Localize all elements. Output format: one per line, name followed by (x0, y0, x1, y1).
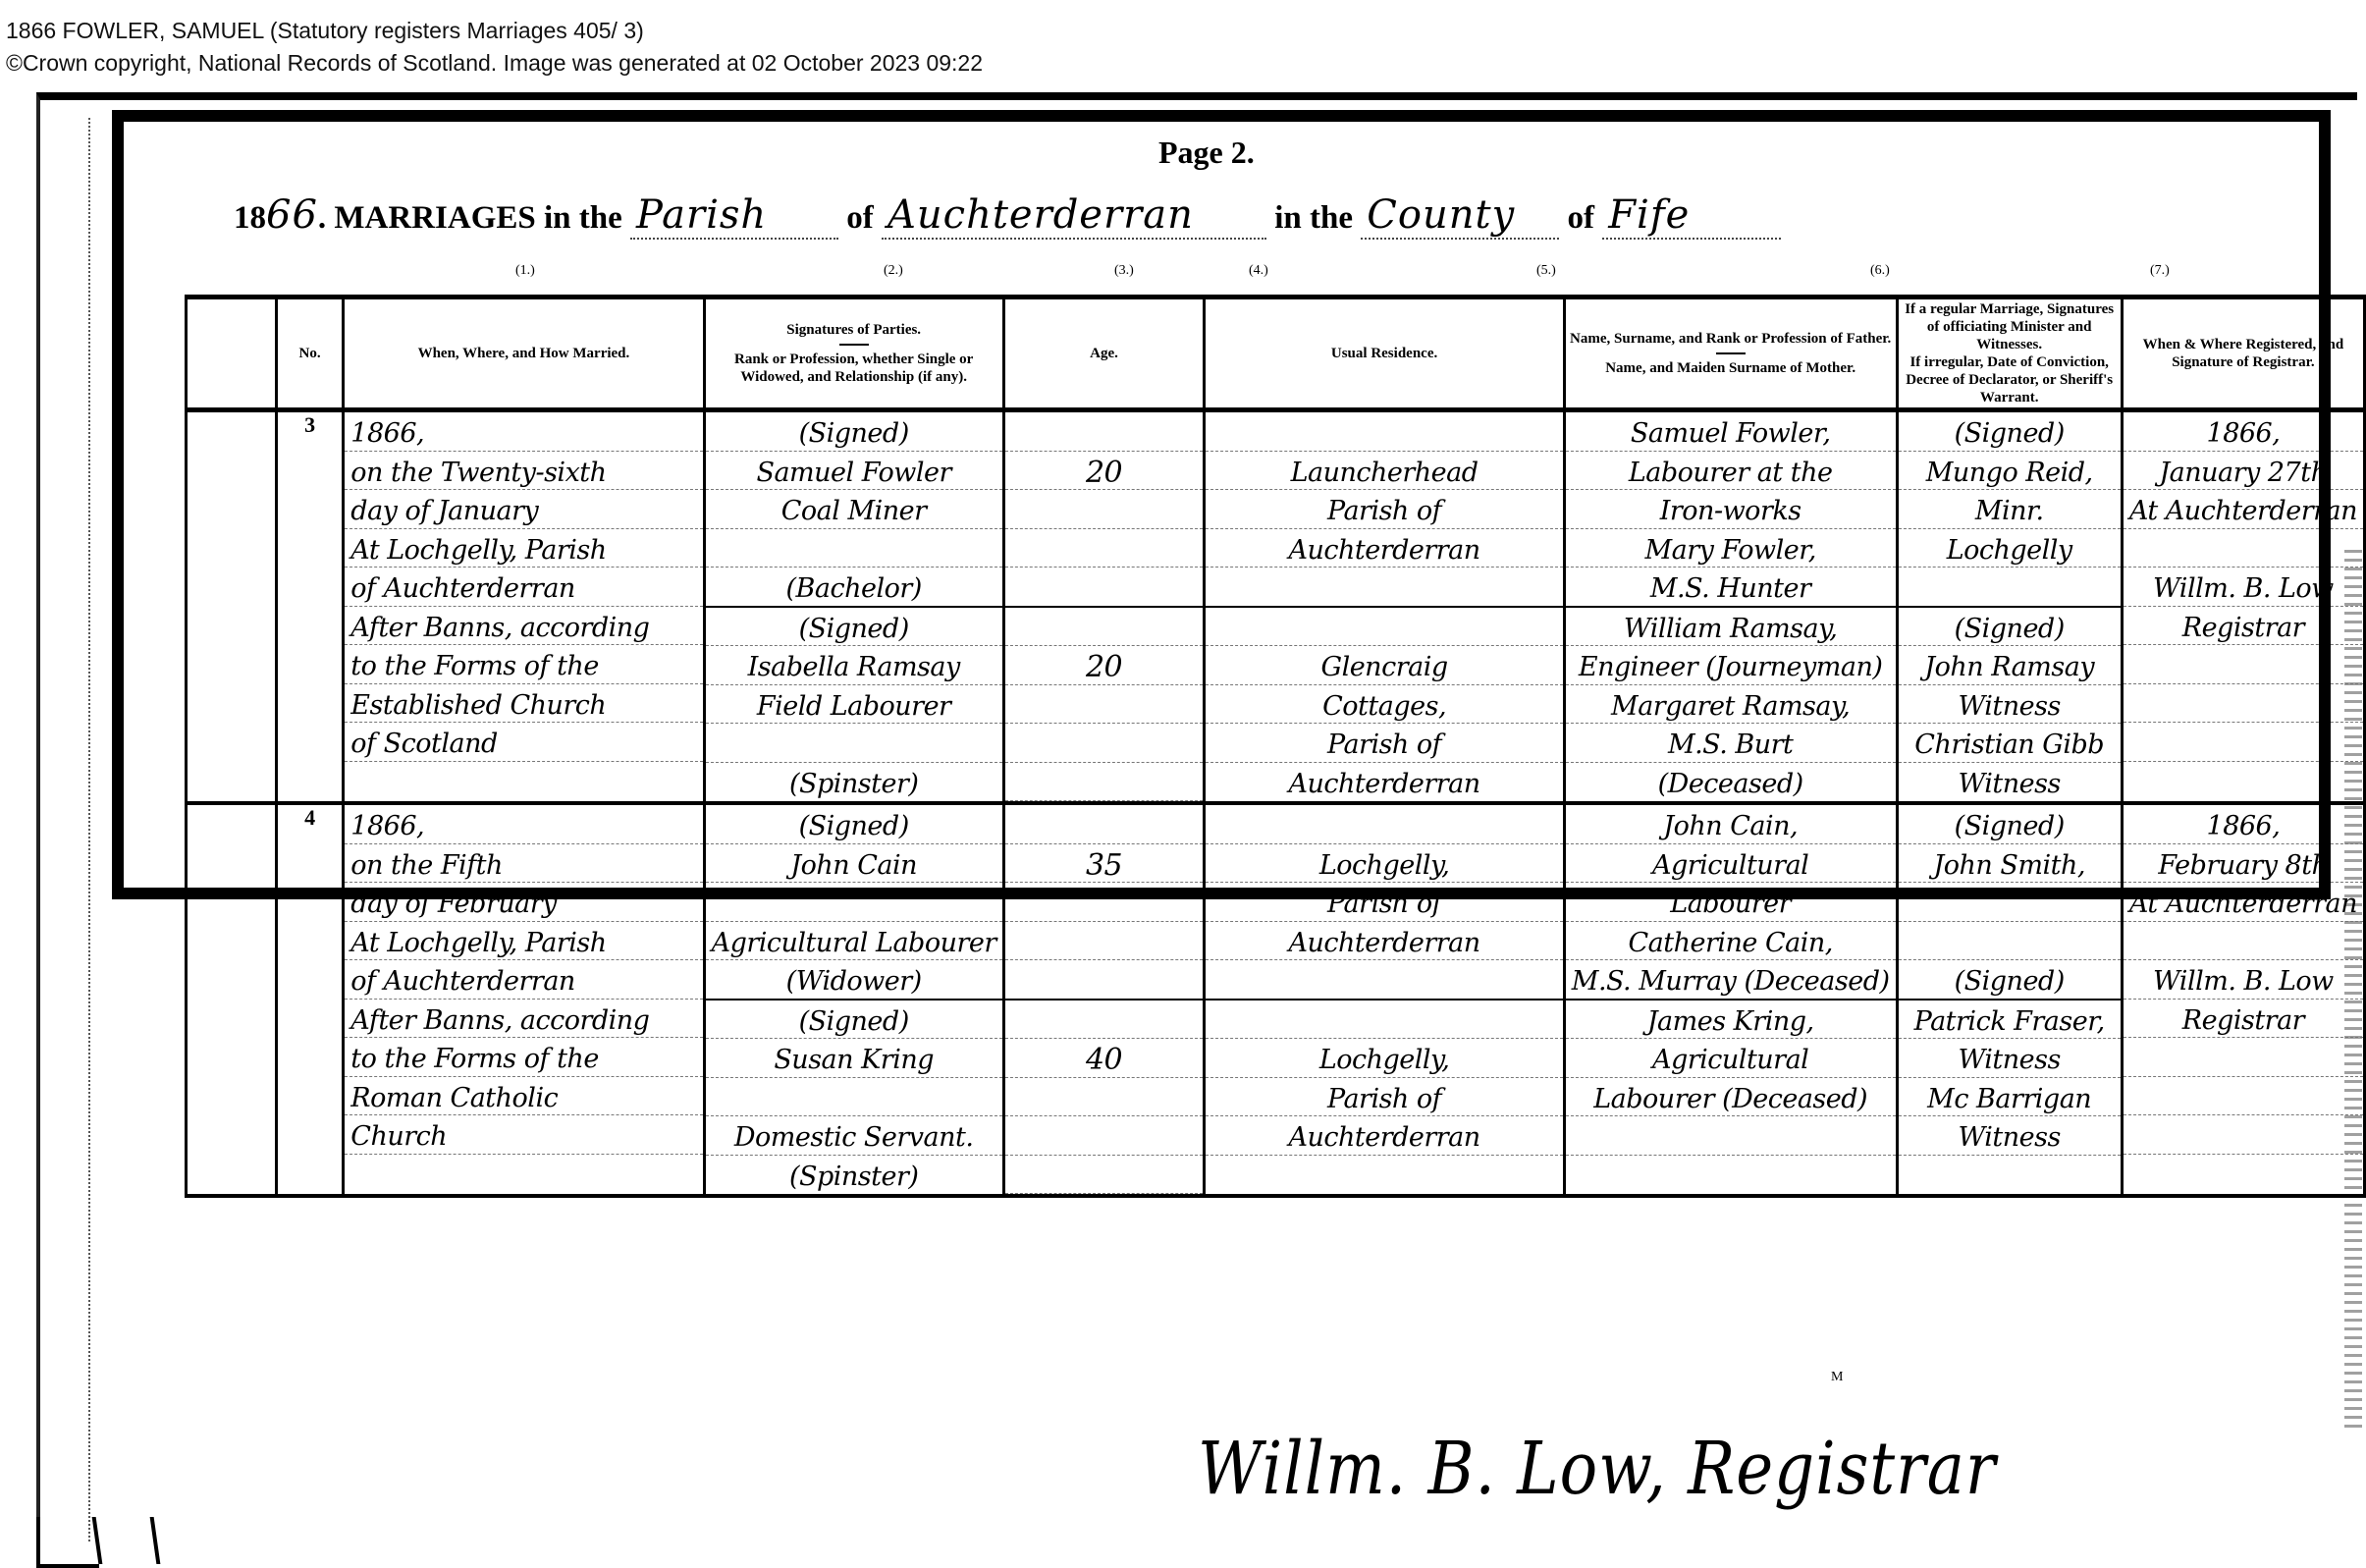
registered-line: February 8th (2124, 844, 2363, 884)
registered-line (2124, 1077, 2363, 1116)
parents-cell: John Cain,AgriculturalLabourerCatherine … (1564, 803, 1897, 1196)
when-where-how-line: of Auchterderran (345, 960, 702, 1000)
blank-line (1005, 1116, 1204, 1156)
margin-mark: M (1831, 1370, 1843, 1385)
parties-line: (Spinster) (706, 763, 1002, 801)
registered-line (2124, 762, 2363, 800)
copyright-notice: ©Crown copyright, National Records of Sc… (6, 49, 983, 77)
parents-line: Mary Fowler, (1566, 529, 1896, 568)
residence-line (1206, 412, 1562, 452)
minister-witnesses-cell: (Signed)Mungo Reid,Minr.Lochgelly(Signed… (1897, 410, 2122, 804)
age-cell: 2020 (1003, 410, 1205, 804)
when-where-how-line: day of January (345, 490, 702, 529)
registered-cell: 1866,February 8thAt AuchterderranWillm. … (2122, 803, 2364, 1196)
blank-cell (187, 803, 277, 1196)
residence-line: Lochgelly, (1206, 844, 1562, 884)
header-no: No. (276, 297, 343, 410)
bride-age: 20 (1005, 646, 1204, 685)
blank-line (1005, 490, 1204, 529)
minister-witnesses-line: Patrick Fraser, (1899, 1000, 2121, 1040)
header-parents-top: Name, Surname, and Rank or Profession of… (1566, 330, 1896, 348)
column-number-2: (2.) (884, 263, 903, 279)
groom-age: 35 (1005, 844, 1204, 884)
of-text-1: of (846, 200, 874, 236)
when-where-how-line: to the Forms of the (345, 1038, 702, 1077)
minister-witnesses-line: Witness (1899, 1116, 2121, 1156)
blank-line (1005, 763, 1204, 802)
residence-line: Auchterderran (1206, 529, 1562, 568)
parents-line: John Cain, (1566, 805, 1896, 844)
county-name: Fife (1602, 192, 1781, 240)
when-where-how-line: After Banns, according (345, 1000, 702, 1039)
header-parties-bottom: Rank or Profession, whether Single or Wi… (706, 351, 1002, 386)
registered-line: January 27th (2124, 452, 2363, 491)
parties-line (706, 529, 1002, 568)
minister-witnesses-line: Mc Barrigan (1899, 1078, 2121, 1117)
residence-line (1206, 960, 1562, 1000)
header-age: Age. (1003, 297, 1205, 410)
page-corner-mark (36, 1517, 99, 1568)
table-row: 31866,on the Twenty-sixthday of JanuaryA… (187, 410, 2365, 804)
residence-line: Cottages, (1206, 685, 1562, 725)
parties-line: (Signed) (706, 608, 1002, 647)
blank-cell (187, 410, 277, 804)
when-where-how-line: Church (345, 1115, 702, 1155)
when-where-how-line: 1866, (345, 805, 702, 844)
page-margin-line (88, 118, 91, 1541)
column-number-5: (5.) (1536, 263, 1556, 279)
registered-line: 1866, (2124, 412, 2363, 452)
registered-line (2124, 922, 2363, 961)
residence-line (1206, 568, 1562, 608)
registered-line: Registrar (2124, 607, 2363, 646)
parties-line: (Bachelor) (706, 568, 1002, 608)
header-parents: Name, Surname, and Rank or Profession of… (1564, 297, 1897, 410)
header-minister-witnesses: If a regular Marriage, Signatures of off… (1897, 297, 2122, 410)
blank-line (1005, 1000, 1204, 1040)
blank-line (1005, 412, 1204, 452)
minister-witnesses-line: John Smith, (1899, 844, 2121, 884)
minister-witnesses-line: (Signed) (1899, 412, 2121, 452)
parties-line: (Signed) (706, 412, 1002, 452)
blank-line (1005, 568, 1204, 608)
blank-line (1005, 805, 1204, 844)
page-corner-mark-2 (92, 1517, 161, 1564)
minister-witnesses-line: (Signed) (1899, 608, 2121, 647)
when-where-how-line: of Scotland (345, 723, 702, 762)
minister-witnesses-line (1899, 1156, 2121, 1194)
residence-line (1206, 608, 1562, 647)
title-text: MARRIAGES in the (334, 200, 621, 236)
residence-line (1206, 1000, 1562, 1040)
registered-line (2124, 1038, 2363, 1077)
residence-line: Parish of (1206, 490, 1562, 529)
residence-line: Glencraig (1206, 646, 1562, 685)
minister-witnesses-line (1899, 568, 2121, 608)
table-row: 41866,on the Fifthday of FebruaryAt Loch… (187, 803, 2365, 1196)
column-number-6: (6.) (1870, 263, 1890, 279)
when-where-how-line: on the Twenty-sixth (345, 452, 702, 491)
district-type: Parish (630, 192, 838, 240)
minister-witnesses-line (1899, 883, 2121, 922)
parents-line: James Kring, (1566, 1000, 1896, 1040)
year-printed: 18 (234, 200, 266, 236)
minister-witnesses-line (1899, 922, 2121, 961)
parents-line (1566, 1156, 1896, 1194)
parish-name: Auchterderran (882, 192, 1266, 240)
residence-line (1206, 805, 1562, 844)
when-where-how-line: At Lochgelly, Parish (345, 529, 702, 568)
parties-line: Coal Miner (706, 490, 1002, 529)
parties-line: (Widower) (706, 960, 1002, 1000)
minister-witnesses-line: Witness (1899, 1039, 2121, 1078)
parents-line: Agricultural (1566, 844, 1896, 884)
when-where-how-cell: 1866,on the Fifthday of FebruaryAt Lochg… (344, 803, 704, 1196)
minister-witnesses-line: Lochgelly (1899, 529, 2121, 568)
parents-line: M.S. Hunter (1566, 568, 1896, 608)
registered-line: Registrar (2124, 1000, 2363, 1039)
parents-line: Iron-works (1566, 490, 1896, 529)
when-where-how-line: 1866, (345, 412, 702, 452)
header-residence: Usual Residence. (1205, 297, 1564, 410)
parties-line (706, 1078, 1002, 1117)
parents-line: Catherine Cain, (1566, 922, 1896, 961)
parties-line: Domestic Servant. (706, 1116, 1002, 1156)
column-number-4: (4.) (1249, 263, 1268, 279)
header-registered: When & Where Registered, and Signature o… (2122, 297, 2364, 410)
table-header-row: No. When, Where, and How Married. Signat… (187, 297, 2365, 410)
parties-line: Field Labourer (706, 685, 1002, 725)
parents-line: Agricultural (1566, 1039, 1896, 1078)
registered-line (2124, 1155, 2363, 1193)
parents-line: Engineer (Journeyman) (1566, 646, 1896, 685)
header-parties: Signatures of Parties. Rank or Professio… (704, 297, 1003, 410)
parents-line: M.S. Murray (Deceased) (1566, 960, 1896, 1000)
parents-line: Labourer (1566, 883, 1896, 922)
when-where-how-line: on the Fifth (345, 844, 702, 884)
parties-cell: (Signed)Samuel FowlerCoal Miner(Bachelor… (704, 410, 1003, 804)
minister-witnesses-line: Witness (1899, 685, 2121, 725)
parents-line: Labourer at the (1566, 452, 1896, 491)
blank-line (1005, 608, 1204, 647)
age-cell: 3540 (1003, 803, 1205, 1196)
when-where-how-line: of Auchterderran (345, 568, 702, 607)
bride-age: 40 (1005, 1039, 1204, 1078)
when-where-how-line: Roman Catholic (345, 1077, 702, 1116)
header-parties-top: Signatures of Parties. (706, 321, 1002, 339)
blank-line (1005, 883, 1204, 922)
header-regular: If a regular Marriage, Signatures of off… (1899, 300, 2121, 353)
registrar-signature: Willm. B. Low, Registrar (1198, 1428, 1996, 1511)
parties-line: Isabella Ramsay (706, 646, 1002, 685)
groom-age: 20 (1005, 452, 1204, 491)
parties-line (706, 724, 1002, 763)
parents-line: M.S. Burt (1566, 724, 1896, 763)
registered-line (2124, 529, 2363, 568)
residence-line: Auchterderran (1206, 763, 1562, 801)
when-where-how-line: day of February (345, 883, 702, 922)
blank-line (1005, 960, 1204, 1000)
minister-witnesses-line: (Signed) (1899, 960, 2121, 1000)
parents-line: (Deceased) (1566, 763, 1896, 801)
residence-line: Lochgelly, (1206, 1039, 1562, 1078)
parents-line (1566, 1116, 1896, 1156)
blank-line (1005, 1156, 1204, 1195)
parties-line: (Signed) (706, 1000, 1002, 1040)
minister-witnesses-line: John Ramsay (1899, 646, 2121, 685)
residence-line: Launcherhead (1206, 452, 1562, 491)
registered-line: 1866, (2124, 805, 2363, 844)
column-number-3: (3.) (1114, 263, 1134, 279)
residence-cell: LauncherheadParish ofAuchterderranGlencr… (1205, 410, 1564, 804)
when-where-how-line (345, 1155, 702, 1193)
when-where-how-cell: 1866,on the Twenty-sixthday of JanuaryAt… (344, 410, 704, 804)
residence-line: Parish of (1206, 1078, 1562, 1117)
minister-witnesses-line: Mungo Reid, (1899, 452, 2121, 491)
page-number: Page 2. (1158, 135, 1255, 171)
register-title: 1866. MARRIAGES in the Parish of Auchter… (234, 192, 2001, 247)
registered-line: At Auchterderran (2124, 883, 2363, 922)
minister-witnesses-line: Minr. (1899, 490, 2121, 529)
minister-witnesses-line: (Signed) (1899, 805, 2121, 844)
when-where-how-line: After Banns, according (345, 607, 702, 646)
blank-line (1005, 1078, 1204, 1117)
blank-header (187, 297, 277, 410)
parties-line: Samuel Fowler (706, 452, 1002, 491)
registered-line: At Auchterderran (2124, 490, 2363, 529)
registered-line (2124, 1115, 2363, 1155)
parties-cell: (Signed)John CainAgricultural Labourer(W… (704, 803, 1003, 1196)
when-where-how-line: At Lochgelly, Parish (345, 922, 702, 961)
when-where-how-line (345, 762, 702, 800)
column-number-7: (7.) (2150, 263, 2170, 279)
residence-line: Parish of (1206, 724, 1562, 763)
entry-number: 3 (276, 410, 343, 804)
parents-line: Labourer (Deceased) (1566, 1078, 1896, 1117)
parents-line: Margaret Ramsay, (1566, 685, 1896, 725)
minister-witnesses-cell: (Signed)John Smith,(Signed)Patrick Frase… (1897, 803, 2122, 1196)
registered-line (2124, 684, 2363, 724)
parents-cell: Samuel Fowler,Labourer at theIron-worksM… (1564, 410, 1897, 804)
registered-line: Willm. B. Low (2124, 568, 2363, 607)
header-irregular: If irregular, Date of Conviction, Decree… (1899, 353, 2121, 406)
blank-line (1005, 922, 1204, 961)
residence-line: Auchterderran (1206, 1116, 1562, 1156)
minister-witnesses-line: Christian Gibb (1899, 724, 2121, 763)
parties-line: Agricultural Labourer (706, 922, 1002, 961)
of-text-2: of (1568, 200, 1595, 236)
parties-line: Susan Kring (706, 1039, 1002, 1078)
entry-number: 4 (276, 803, 343, 1196)
record-title: 1866 FOWLER, SAMUEL (Statutory registers… (6, 17, 644, 44)
minister-witnesses-line: Witness (1899, 763, 2121, 801)
registered-line (2124, 645, 2363, 684)
parents-line: Samuel Fowler, (1566, 412, 1896, 452)
year-handwritten: 66 (266, 192, 318, 238)
header-when-where-how: When, Where, and How Married. (344, 297, 704, 410)
residence-line: Auchterderran (1206, 922, 1562, 961)
blank-line (1005, 685, 1204, 725)
when-where-how-line: to the Forms of the (345, 645, 702, 684)
residence-line: Parish of (1206, 883, 1562, 922)
registered-line: Willm. B. Low (2124, 960, 2363, 1000)
in-the-text: in the (1274, 200, 1353, 236)
when-where-how-line: Established Church (345, 684, 702, 724)
parents-line: William Ramsay, (1566, 608, 1896, 647)
blank-line (1005, 529, 1204, 568)
county-type: County (1361, 192, 1559, 240)
marriage-register-table: No. When, Where, and How Married. Signat… (185, 295, 2366, 1198)
parties-line (706, 883, 1002, 922)
parties-line: (Signed) (706, 805, 1002, 844)
header-parents-bottom: Name, and Maiden Surname of Mother. (1566, 359, 1896, 377)
column-number-1: (1.) (515, 263, 535, 279)
registered-line (2124, 723, 2363, 762)
registered-cell: 1866,January 27thAt AuchterderranWillm. … (2122, 410, 2364, 804)
residence-line (1206, 1156, 1562, 1194)
parties-line: (Spinster) (706, 1156, 1002, 1194)
residence-cell: Lochgelly,Parish ofAuchterderranLochgell… (1205, 803, 1564, 1196)
parties-line: John Cain (706, 844, 1002, 884)
blank-line (1005, 724, 1204, 763)
